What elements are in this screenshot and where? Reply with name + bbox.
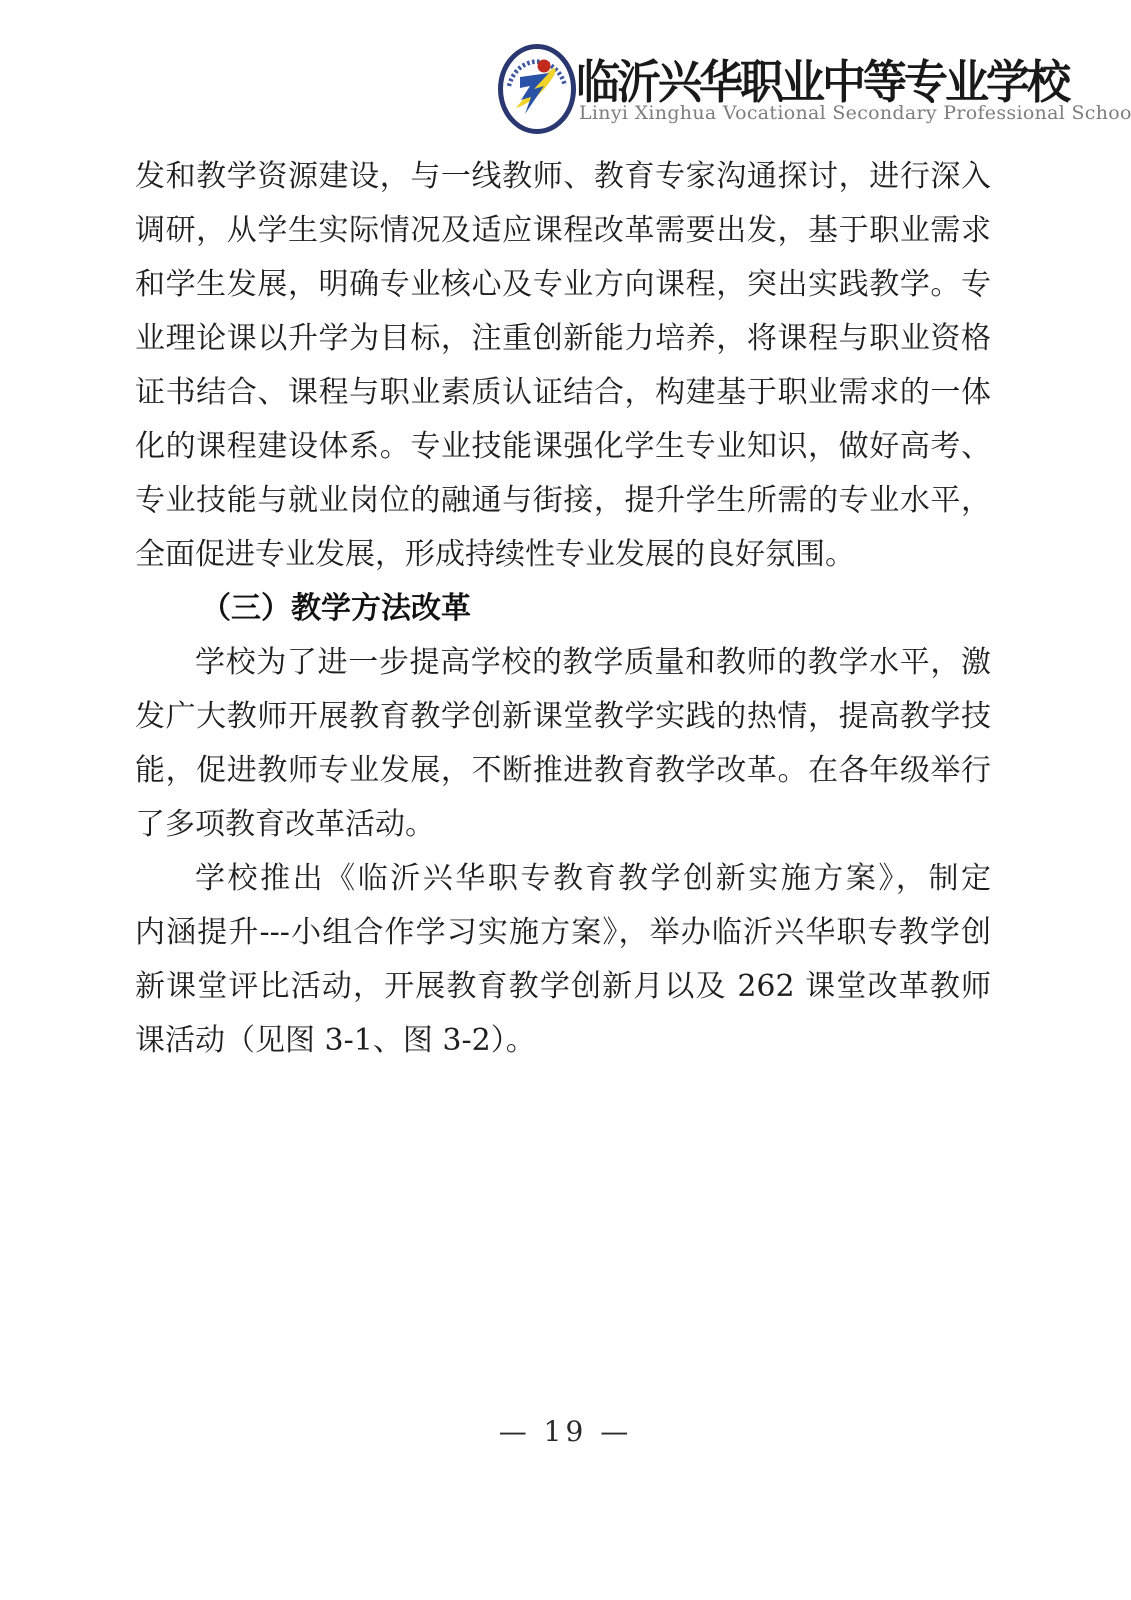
text-line: 能，促进教师专业发展，不断推进教育教学改革。在各年级举行 <box>135 744 991 798</box>
page-number: — 19 — <box>0 1412 1131 1452</box>
text-line: 和学生发展，明确专业核心及专业方向课程，突出实践教学。专 <box>135 258 991 312</box>
text-line: 化的课程建设体系。专业技能课强化学生专业知识，做好高考、 <box>135 420 991 474</box>
document-page: 临沂兴华职业中等专业学校 Linyi Xinghua Vocational Se… <box>0 0 1131 1600</box>
text-line: 调研，从学生实际情况及适应课程改革需要出发，基于职业需求 <box>135 204 991 258</box>
text-line: 证书结合、课程与职业素质认证结合，构建基于职业需求的一体 <box>135 366 991 420</box>
text-line: 发和教学资源建设，与一线教师、教育专家沟通探讨，进行深入 <box>135 150 991 204</box>
body-text: 发和教学资源建设，与一线教师、教育专家沟通探讨，进行深入 调研，从学生实际情况及… <box>135 150 991 1068</box>
logo-red-dot <box>538 60 551 73</box>
text-line: 内涵提升---小组合作学习实施方案》，举办临沂兴华职专教学创 <box>135 906 991 960</box>
school-logo-icon <box>496 42 578 136</box>
text-line: 发广大教师开展教育教学创新课堂教学实践的热情，提高教学技 <box>135 690 991 744</box>
text-line: 业理论课以升学为目标，注重创新能力培养，将课程与职业资格 <box>135 312 991 366</box>
text-line: 课活动（见图 3-1、图 3-2）。 <box>135 1014 991 1068</box>
text-line: 新课堂评比活动，开展教育教学创新月以及 262 课堂改革教师赛 <box>135 960 991 1014</box>
page-header: 临沂兴华职业中等专业学校 Linyi Xinghua Vocational Se… <box>0 40 1131 140</box>
text-line: 学校推出《临沂兴华职专教育教学创新实施方案》，制定《262 <box>135 852 991 906</box>
section-heading: （三）教学方法改革 <box>135 582 991 636</box>
text-line: 专业技能与就业岗位的融通与街接，提升学生所需的专业水平， <box>135 474 991 528</box>
text-line: 学校为了进一步提高学校的教学质量和教师的教学水平，激 <box>135 636 991 690</box>
text-line: 了多项教育改革活动。 <box>135 798 991 852</box>
school-name-en: Linyi Xinghua Vocational Secondary Profe… <box>579 102 1131 124</box>
text-line: 全面促进专业发展，形成持续性专业发展的良好氛围。 <box>135 528 991 582</box>
